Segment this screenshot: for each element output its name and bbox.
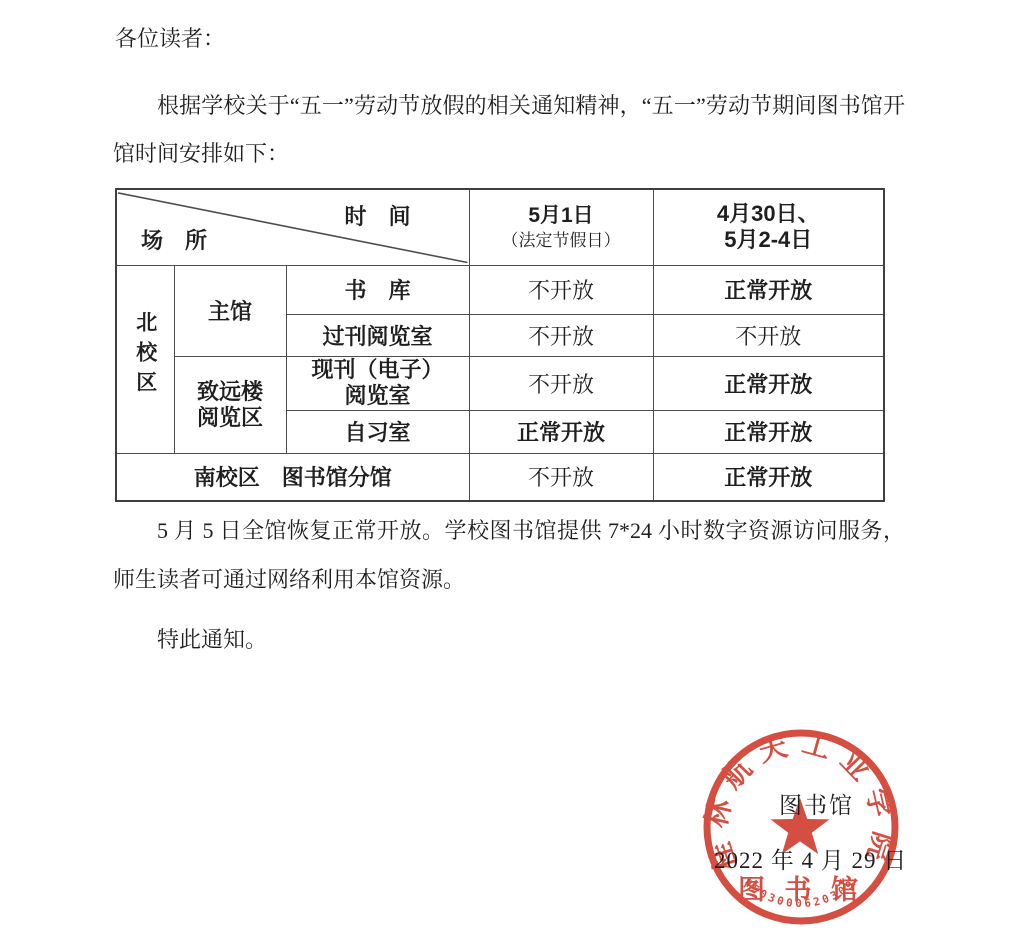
signature-date: 2022 年 4 月 29 日 [714,842,907,875]
header-may1-date: 5月1日 [470,202,653,230]
opening-hours-table: 时 间 场 所 5月1日 （法定节假日） 4月30日、 5月2-4日 北校区 主… [115,188,885,502]
library-seal-stamp: 桂林航天工业学院 图 书 馆 4503000620309 [700,727,902,929]
notice-document: 各位读者： 根据学校关于“五一”劳动节放假的相关通知精神，“五一”劳动节期间图书… [0,0,1024,937]
cell-study-room-other: 正常开放 [653,410,884,453]
cell-stacks-may1: 不开放 [469,265,653,314]
cell-back-issues-other: 不开放 [653,314,884,356]
corner-place-label: 场 所 [141,224,207,255]
cell-study-room-may1: 正常开放 [469,410,653,453]
cell-study-room: 自习室 [286,410,469,453]
header-may1: 5月1日 （法定节假日） [469,189,653,265]
cell-south-branch-may1: 不开放 [469,453,653,501]
paragraph-intro: 根据学校关于“五一”劳动节放假的相关通知精神，“五一”劳动节期间图书馆开馆时间安… [113,82,905,178]
cell-back-issues-may1: 不开放 [469,314,653,356]
header-other-days: 4月30日、 5月2-4日 [653,189,884,265]
cell-stacks-other: 正常开放 [653,265,884,314]
cell-stacks: 书 库 [286,265,469,314]
cell-current-journals: 现刊（电子） 阅览室 [286,356,469,410]
paragraph-resume: 5 月 5 日全馆恢复正常开放。学校图书馆提供 7*24 小时数字资源访问服务，… [113,506,905,604]
header-may1-note: （法定节假日） [470,230,653,252]
cell-main-hall: 主馆 [174,265,286,356]
cell-campus-north: 北校区 [116,265,174,453]
cell-current-journals-may1: 不开放 [469,356,653,410]
corner-time-label: 时 间 [344,200,410,231]
campus-north-label: 北校区 [135,311,156,401]
paragraph-closing: 特此通知。 [113,615,905,664]
greeting-line: 各位读者： [115,22,225,56]
table-corner-cell: 时 间 场 所 [116,189,469,265]
cell-back-issues: 过刊阅览室 [286,314,469,356]
cell-south-branch: 南校区 图书馆分馆 [116,453,469,501]
cell-current-journals-other: 正常开放 [653,356,884,410]
signature-name: 图书馆 [779,787,854,820]
cell-south-branch-other: 正常开放 [653,453,884,501]
cell-zhiyuan-area: 致远楼 阅览区 [174,356,286,453]
